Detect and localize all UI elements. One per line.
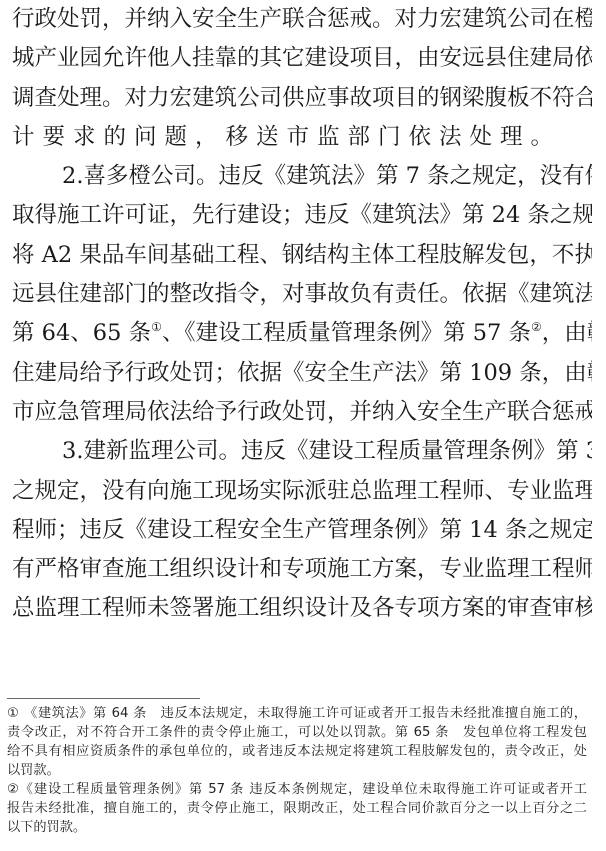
footnote-line: 报告未经批准，擅自施工的，责令停止施工，限期改正，处工程合同价款百分之一以上百分… [7, 799, 587, 818]
body-text: 行政处罚，并纳入安全生产联合惩戒。对力宏建筑公司在橙中 城产业园允许他人挂靠的其… [12, 0, 592, 629]
body-line: 城产业园允许他人挂靠的其它建设项目，由安远县住建局依法 [12, 39, 592, 78]
body-line: 有严格审查施工组织设计和专项施工方案，专业监理工程师、 [12, 550, 592, 589]
text-segment: ，由赣州市 [542, 320, 592, 346]
body-line: 将 A2 果品车间基础工程、钢结构主体工程肢解发包，不执行安 [12, 236, 592, 275]
body-line: 之规定，没有向施工现场实际派驻总监理工程师、专业监理工 [12, 472, 592, 511]
footnote-ref-1[interactable]: ① [151, 320, 162, 334]
body-line: 行政处罚，并纳入安全生产联合惩戒。对力宏建筑公司在橙中 [12, 0, 592, 39]
footnote-line: ②《建设工程质量管理条例》第 57 条 违反本条例规定，建设单位未取得施工许可证… [7, 780, 587, 799]
footnote-divider [7, 698, 200, 699]
body-line: 计要求的问题，移送市监部门依法处理。 [12, 118, 592, 157]
footnote-line: 责令改正，对不符合开工条件的责令停止施工，可以处以罚款。第 65 条 发包单位将… [7, 723, 587, 742]
footnote-line: 以罚款。 [7, 761, 587, 780]
footnote-line: 给不具有相应资质条件的承包单位的，或者违反本法规定将建筑工程肢解发包的，责令改正… [7, 742, 587, 761]
body-line: 住建局给予行政处罚；依据《安全生产法》第 109 条，由赣州 [12, 354, 592, 393]
footnote-2: ②《建设工程质量管理条例》第 57 条 违反本条例规定，建设单位未取得施工许可证… [7, 780, 587, 837]
body-line: 远县住建部门的整改指令，对事故负有责任。依据《建筑法》 [12, 275, 592, 314]
paragraph-first-line: 2.喜多橙公司。违反《建筑法》第 7 条之规定，没有依法 [12, 157, 592, 196]
body-line: 总监理工程师未签署施工组织设计及各专项方案的审查审核意 [12, 589, 592, 628]
footnote-1: ① 《建筑法》第 64 条 违反本法规定，未取得施工许可证或者开工报告未经批准擅… [7, 704, 587, 780]
body-line: 调查处理。对力宏建筑公司供应事故项目的钢梁腹板不符合设 [12, 79, 592, 118]
footnote-line: ① 《建筑法》第 64 条 违反本法规定，未取得施工许可证或者开工报告未经批准擅… [7, 704, 587, 723]
body-line: 取得施工许可证，先行建设；违反《建筑法》第 24 条之规定， [12, 196, 592, 235]
paragraph-3-jianxin: 3.建新监理公司。违反《建设工程质量管理条例》第 37 条 之规定，没有向施工现… [12, 432, 592, 628]
body-line: 市应急管理局依法给予行政处罚，并纳入安全生产联合惩戒。 [12, 393, 592, 432]
footnote-ref-2[interactable]: ② [531, 320, 542, 334]
text-segment: 、《建设工程质量管理条例》第 57 条 [162, 320, 531, 346]
paragraph-2-xiduocheng: 2.喜多橙公司。违反《建筑法》第 7 条之规定，没有依法 取得施工许可证，先行建… [12, 157, 592, 432]
paragraph-1-continued: 行政处罚，并纳入安全生产联合惩戒。对力宏建筑公司在橙中 城产业园允许他人挂靠的其… [12, 0, 592, 157]
text-segment: 第 64、65 条 [12, 320, 151, 346]
document-page: 行政处罚，并纳入安全生产联合惩戒。对力宏建筑公司在橙中 城产业园允许他人挂靠的其… [0, 0, 606, 851]
footnotes: ① 《建筑法》第 64 条 违反本法规定，未取得施工许可证或者开工报告未经批准擅… [7, 704, 587, 837]
body-line-with-footnote-refs: 第 64、65 条①、《建设工程质量管理条例》第 57 条②，由赣州市 [12, 314, 592, 353]
body-line: 程师；违反《建设工程安全生产管理条例》第 14 条之规定，没 [12, 511, 592, 550]
footnote-line: 以下的罚款。 [7, 818, 587, 837]
paragraph-first-line: 3.建新监理公司。违反《建设工程质量管理条例》第 37 条 [12, 432, 592, 471]
